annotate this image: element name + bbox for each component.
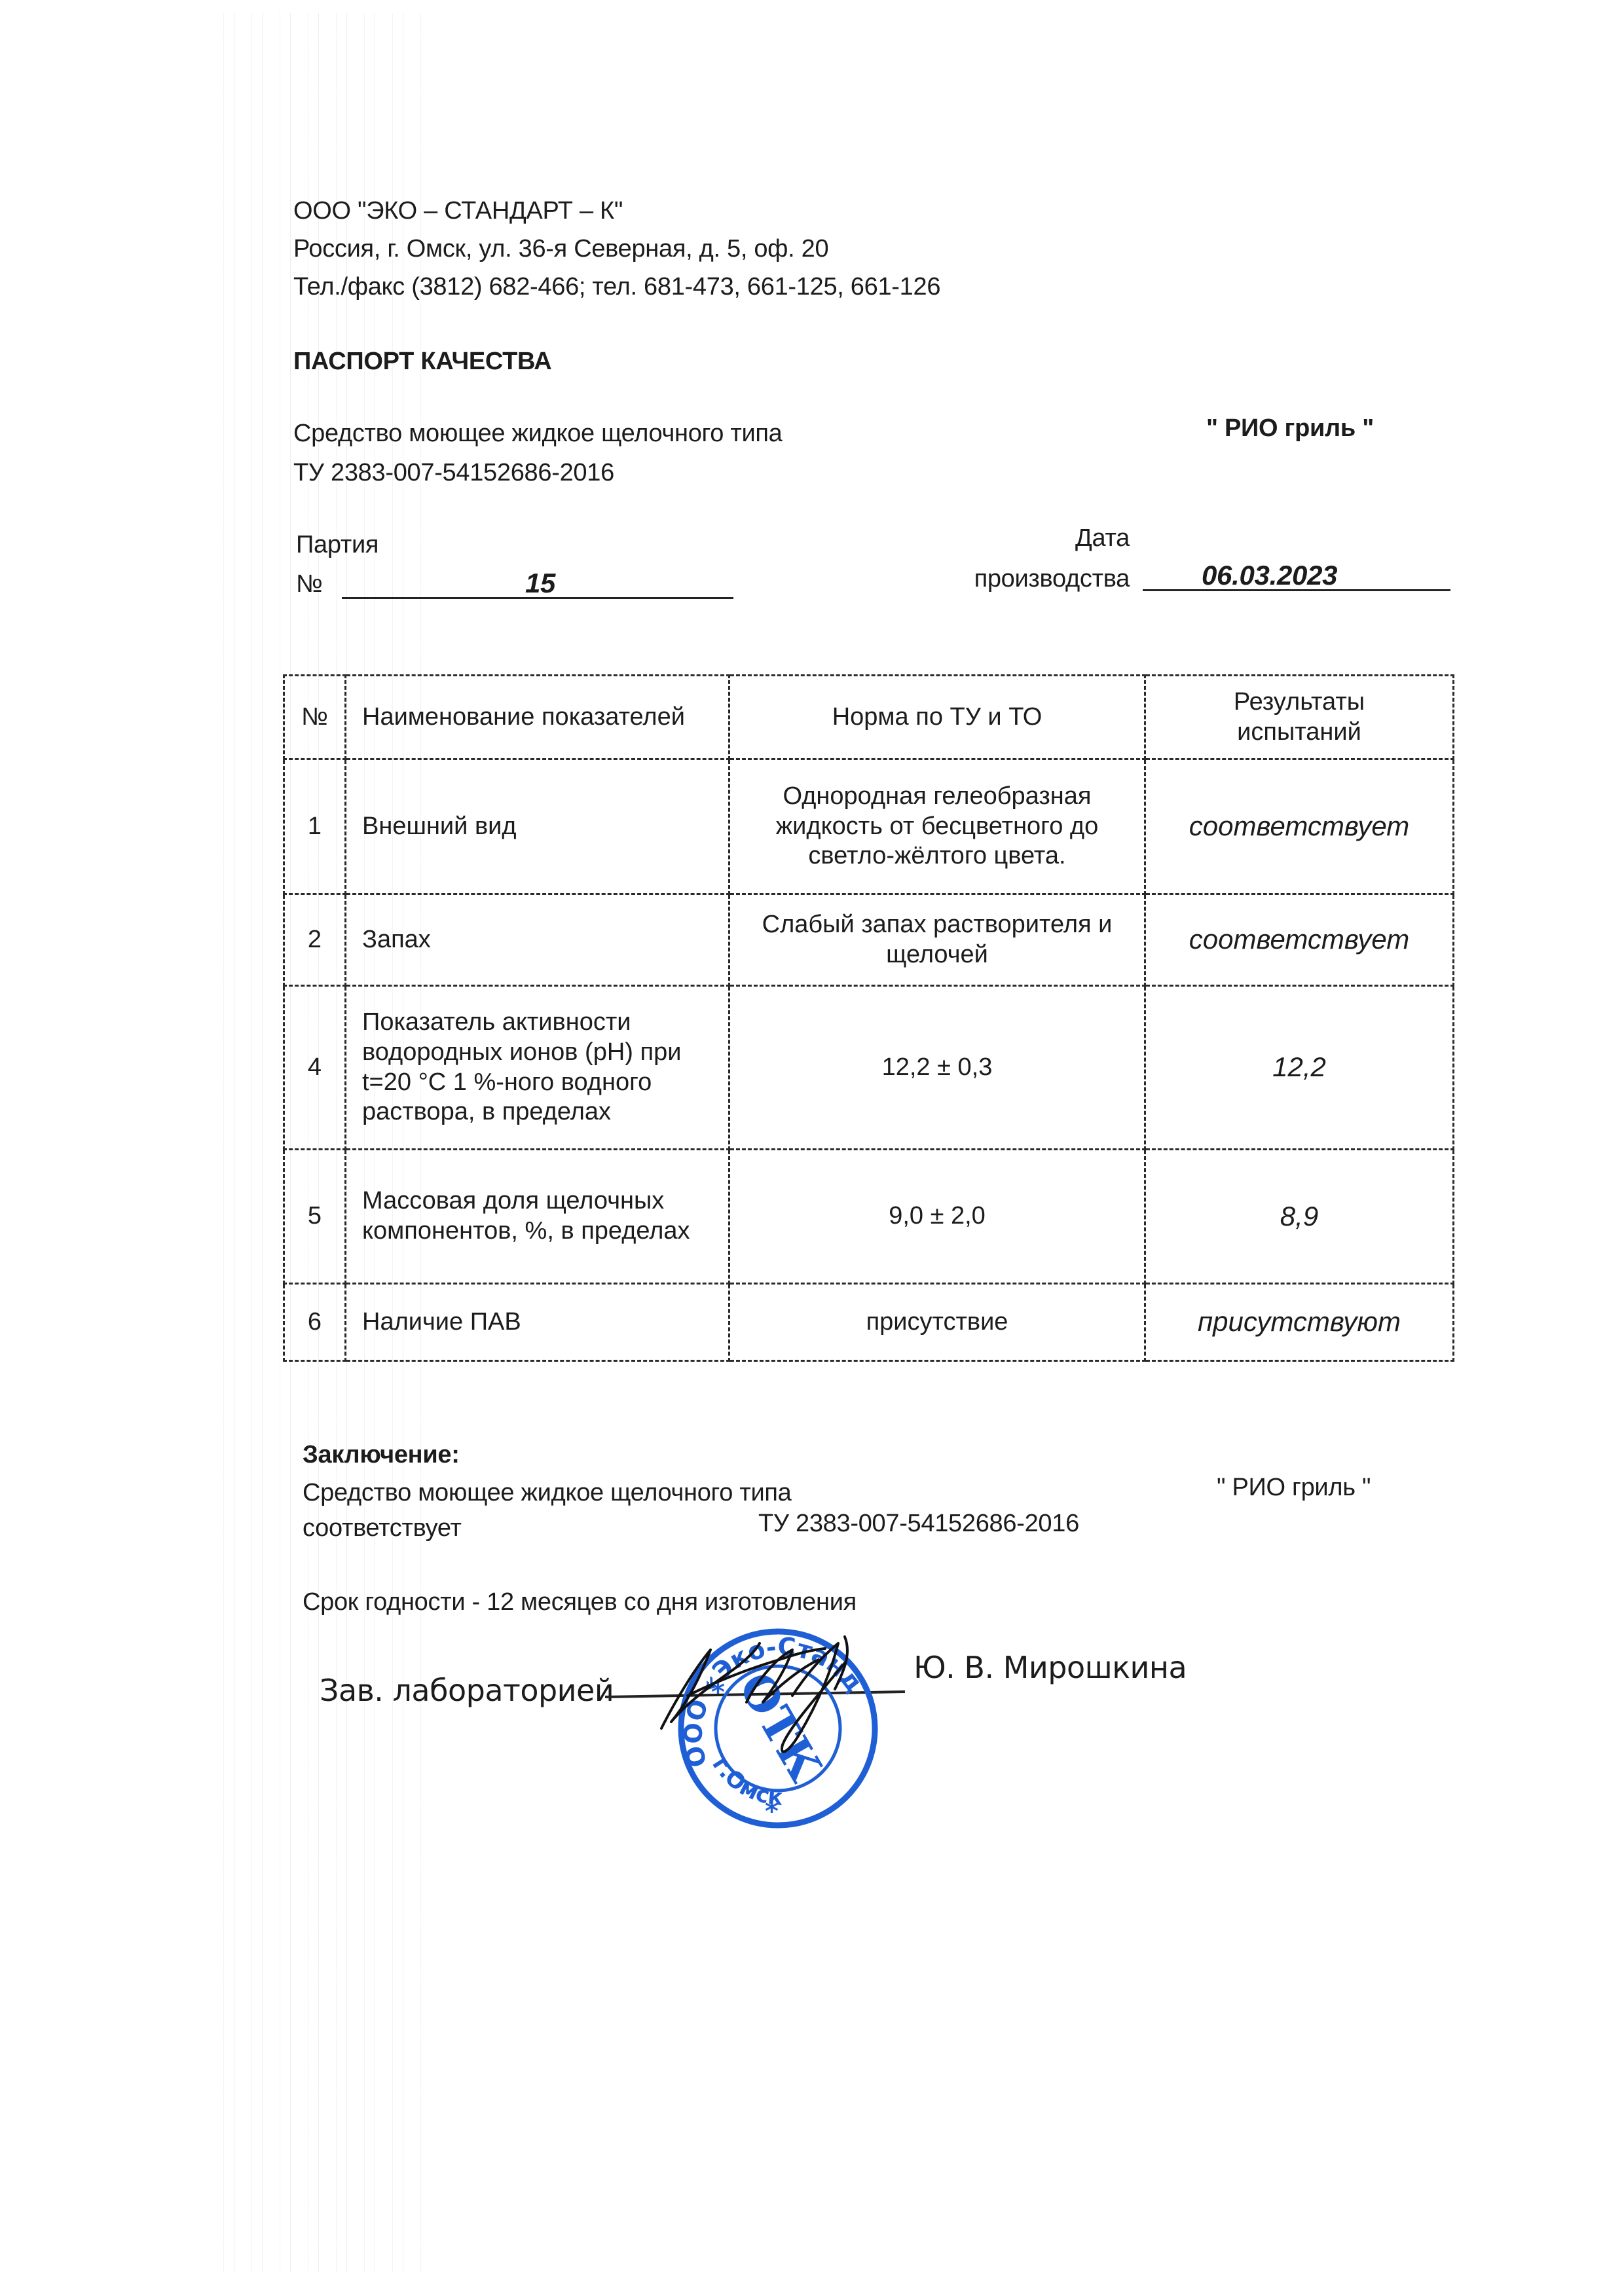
row-result: соответствует (1145, 759, 1454, 894)
company-name: ООО "ЭКО – СТАНДАРТ – К" (293, 196, 623, 227)
row-name: Массовая доля щелочных компонентов, %, в… (346, 1150, 729, 1284)
document-title: ПАСПОРТ КАЧЕСТВА (293, 347, 551, 377)
row-name: Наличие ПАВ (346, 1284, 729, 1361)
signature-icon (648, 1624, 884, 1768)
row-norm: 9,0 ± 2,0 (729, 1150, 1145, 1284)
row-no: 1 (284, 759, 346, 894)
header-norm: Норма по ТУ и ТО (729, 676, 1145, 759)
row-norm: Однородная гелеобразная жидкость от бесц… (729, 759, 1145, 894)
batch-number: 15 (521, 567, 560, 600)
row-no: 6 (284, 1284, 346, 1361)
row-norm: 12,2 ± 0,3 (729, 986, 1145, 1150)
company-address: Россия, г. Омск, ул. 36-я Северная, д. 5… (293, 234, 828, 264)
conclusion-title: Заключение: (303, 1440, 460, 1470)
row-name: Показатель активности водородных ионов (… (346, 986, 729, 1150)
row-name: Внешний вид (346, 759, 729, 894)
table-header-row: № Наименование показателей Норма по ТУ и… (284, 676, 1454, 759)
row-name: Запах (346, 894, 729, 986)
row-result: соответствует (1145, 894, 1454, 986)
table-row: 5 Массовая доля щелочных компонентов, %,… (284, 1150, 1454, 1284)
signatory-name: Ю. В. Мирошкина (913, 1650, 1187, 1685)
row-norm: Слабый запах растворителя и щелочей (729, 894, 1145, 986)
product-description: Средство моющее жидкое щелочного типа (293, 419, 783, 449)
row-norm: присутствие (729, 1284, 1145, 1361)
signatory-role: Зав. лабораторией (320, 1673, 614, 1708)
svg-text:*: * (765, 1796, 779, 1827)
header-no: № (284, 676, 346, 759)
row-result: присутствуют (1145, 1284, 1454, 1361)
table-row: 2 Запах Слабый запах растворителя и щело… (284, 894, 1454, 986)
header-result: Результаты испытаний (1145, 676, 1454, 759)
batch-number-label: № (296, 570, 322, 600)
date-label-line1: Дата (1035, 524, 1130, 554)
conclusion-tu: ТУ 2383-007-54152686-2016 (758, 1509, 1079, 1539)
product-name: " РИО гриль " (1206, 414, 1374, 444)
row-no: 4 (284, 986, 346, 1150)
shelf-life: Срок годности - 12 месяцев со дня изгото… (303, 1588, 857, 1618)
table-row: 1 Внешний вид Однородная гелеобразная жи… (284, 759, 1454, 894)
row-result: 12,2 (1145, 986, 1454, 1150)
row-no: 2 (284, 894, 346, 986)
product-tu: ТУ 2383-007-54152686-2016 (293, 458, 614, 488)
table-row: 6 Наличие ПАВ присутствие присутствуют (284, 1284, 1454, 1361)
conclusion-verdict: соответствует (303, 1514, 462, 1544)
company-phones: Тел./факс (3812) 682-466; тел. 681-473, … (293, 272, 940, 302)
date-label-line2: производства (953, 564, 1130, 594)
batch-label: Партия (296, 530, 378, 560)
production-date: 06.03.2023 (1202, 559, 1337, 592)
header-name: Наименование показателей (346, 676, 729, 759)
conclusion-product-name: " РИО гриль " (1217, 1473, 1371, 1503)
row-no: 5 (284, 1150, 346, 1284)
conclusion-product-description: Средство моющее жидкое щелочного типа (303, 1478, 792, 1508)
quality-table: № Наименование показателей Норма по ТУ и… (283, 674, 1454, 1362)
row-result: 8,9 (1145, 1150, 1454, 1284)
table-row: 4 Показатель активности водородных ионов… (284, 986, 1454, 1150)
